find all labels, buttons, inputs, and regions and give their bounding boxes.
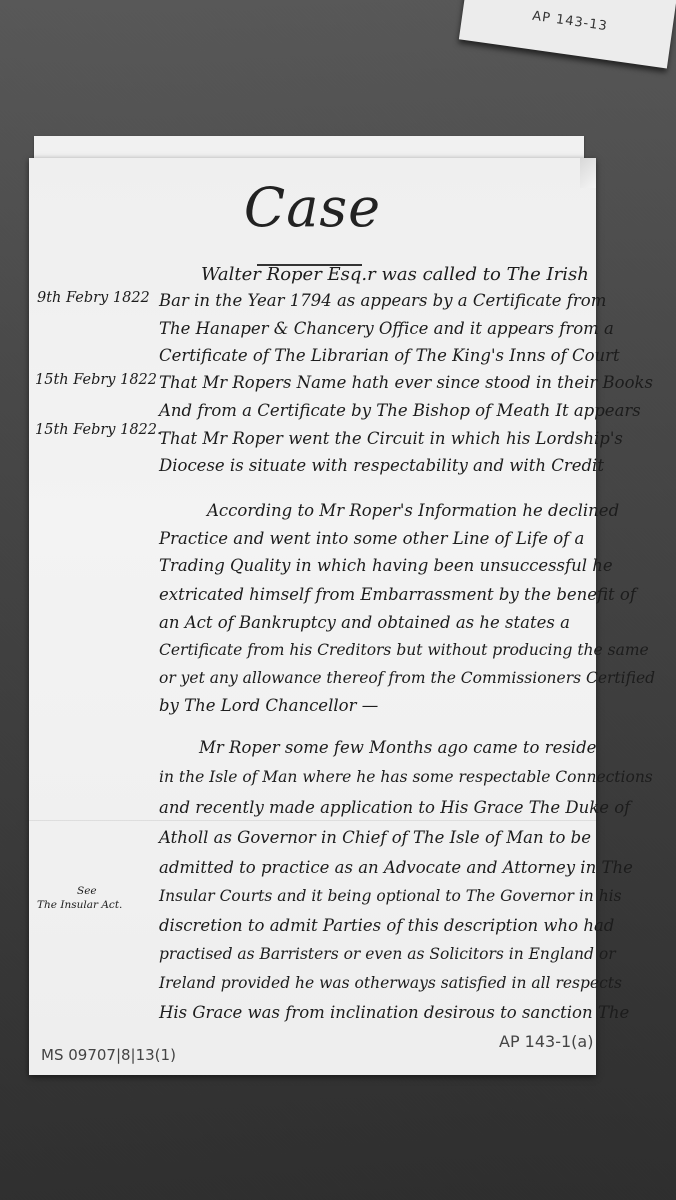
text-line: Diocese is situate with respectability a… bbox=[159, 456, 604, 475]
text-line: Insular Courts and it being optional to … bbox=[159, 887, 622, 905]
document-title: Case bbox=[29, 176, 596, 239]
text-line: extricated himself from Embarrassment by… bbox=[159, 585, 636, 604]
text-line: practised as Barristers or even as Solic… bbox=[159, 945, 616, 963]
text-line: and recently made application to His Gra… bbox=[159, 798, 630, 817]
text-line: Walter Roper Esq.r was called to The Iri… bbox=[201, 264, 589, 285]
text-line: That Mr Ropers Name hath ever since stoo… bbox=[159, 373, 653, 392]
text-line: discretion to admit Parties of this desc… bbox=[159, 916, 614, 935]
text-line: That Mr Roper went the Circuit in which … bbox=[159, 429, 623, 448]
text-line: And from a Certificate by The Bishop of … bbox=[159, 401, 641, 420]
manuscript-page: Case 9th Febry 1822 15th Febry 1822 15th… bbox=[29, 158, 596, 1075]
margin-see: See bbox=[77, 885, 97, 897]
text-line: Certificate from his Creditors but witho… bbox=[159, 641, 649, 659]
text-line: by The Lord Chancellor — bbox=[159, 696, 378, 715]
text-line: an Act of Bankruptcy and obtained as he … bbox=[159, 613, 570, 632]
text-line: Atholl as Governor in Chief of The Isle … bbox=[159, 828, 591, 847]
paper-fold-line bbox=[29, 820, 596, 821]
text-line: in the Isle of Man where he has some res… bbox=[159, 768, 653, 786]
text-line: The Hanaper & Chancery Office and it app… bbox=[159, 319, 614, 338]
margin-date-3: 15th Febry 1822. bbox=[35, 422, 162, 438]
margin-insular-act: The Insular Act. bbox=[37, 899, 122, 911]
text-line: or yet any allowance thereof from the Co… bbox=[159, 669, 655, 687]
text-line: Bar in the Year 1794 as appears by a Cer… bbox=[159, 291, 606, 310]
text-line: admitted to practice as an Advocate and … bbox=[159, 858, 633, 877]
text-line: Certificate of The Librarian of The King… bbox=[159, 346, 620, 365]
text-line: Practice and went into some other Line o… bbox=[159, 529, 584, 548]
text-line: Ireland provided he was otherways satisf… bbox=[159, 974, 622, 992]
text-line: His Grace was from inclination desirous … bbox=[159, 1003, 629, 1022]
item-reference: AP 143-1(a) bbox=[499, 1032, 593, 1051]
text-line: Trading Quality in which having been uns… bbox=[159, 556, 613, 575]
margin-date-1: 9th Febry 1822 bbox=[37, 290, 150, 306]
manuscript-reference: MS 09707|8|13(1) bbox=[41, 1046, 176, 1064]
text-line: Mr Roper some few Months ago came to res… bbox=[199, 738, 596, 757]
text-line: According to Mr Roper's Information he d… bbox=[207, 501, 619, 520]
margin-date-2: 15th Febry 1822 bbox=[35, 372, 157, 388]
